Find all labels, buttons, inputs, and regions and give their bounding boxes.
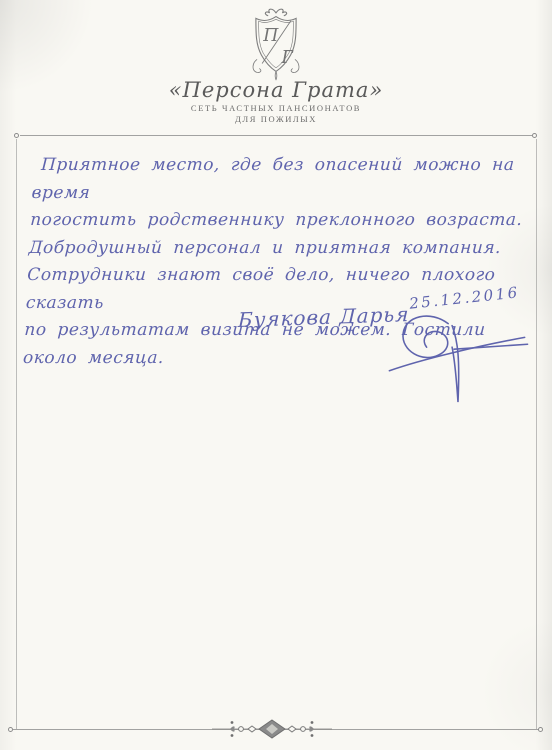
frame-corner-dot: [8, 727, 13, 732]
frame-left-rule: [16, 139, 17, 729]
monogram-letter-g: Г: [280, 48, 293, 68]
handwritten-line-1: Приятное место, где без опасений можно н…: [31, 152, 540, 207]
signature-flourish-icon: [383, 308, 531, 406]
brand-name: «Персона Грата»: [0, 78, 552, 102]
brand-subtitle-line2: ДЛЯ ПОЖИЛЫХ: [0, 114, 552, 124]
ornament-divider-icon: [212, 717, 332, 741]
frame-top-rule: [20, 135, 532, 136]
handwritten-line-2: погостить родственнику преклонного возра…: [29, 207, 536, 235]
frame-corner-dot: [532, 133, 537, 138]
crest-logo-icon: П Г: [244, 6, 308, 82]
monogram-letter-p: П: [262, 26, 279, 46]
frame-right-rule: [536, 139, 537, 729]
frame-corner-dot: [14, 133, 19, 138]
scanned-letter-page: П Г «Персона Грата» СЕТЬ ЧАСТНЫХ ПАНСИОН…: [0, 0, 552, 750]
brand-subtitle-line1: СЕТЬ ЧАСТНЫХ ПАНСИОНАТОВ: [0, 103, 552, 113]
handwritten-line-3: Добродушный персонал и приятная компания…: [28, 235, 535, 263]
frame-corner-dot: [538, 727, 543, 732]
